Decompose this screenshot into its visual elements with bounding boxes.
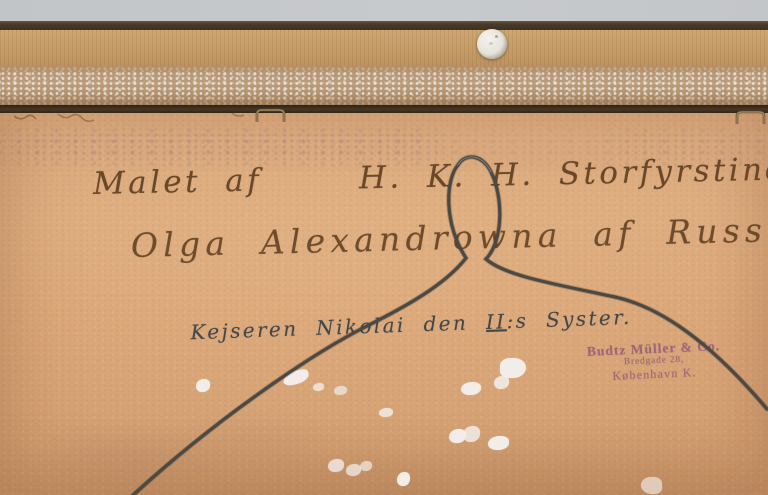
- paint-spot: [488, 436, 509, 450]
- paint-spot: [463, 426, 480, 442]
- disc-mark: [495, 35, 498, 38]
- paint-spot: [334, 386, 347, 395]
- photo-back-of-framed-painting: Malet af H. K. H. Storfyrstinde Olga Ale…: [0, 0, 768, 495]
- paint-spot: [379, 408, 393, 417]
- paint-spot: [641, 477, 662, 494]
- paint-spot: [282, 368, 310, 387]
- frame-gilt-speckled-strip: [0, 66, 768, 105]
- paint-spot: [397, 472, 410, 486]
- framer-stamp: Budtz Müller & Co. Bredgade 28, Københav…: [573, 338, 735, 385]
- paint-spot: [461, 382, 481, 395]
- inscription-line-3-text: Kejseren Nikolai den: [190, 310, 486, 344]
- paint-spot: [313, 383, 324, 391]
- disc-mark: [489, 42, 493, 45]
- inscription-line-2: Olga Alexandrowna af Russia: [131, 209, 768, 265]
- paint-spot: [360, 461, 372, 471]
- inscription-roman-numeral: II: [485, 309, 506, 334]
- frame-top-edge: [0, 21, 768, 30]
- inscription-line-3-suffix: :s Syster.: [506, 305, 632, 333]
- frame-wood-strip: [0, 30, 768, 66]
- stain-mottle: [30, 398, 370, 495]
- wall-background: [0, 0, 768, 22]
- backing-board: Malet af H. K. H. Storfyrstinde Olga Ale…: [0, 113, 768, 495]
- paint-spot: [494, 376, 509, 389]
- frame-shadow-line: [0, 105, 768, 113]
- inscription-line-3: Kejseren Nikolai den II:s Syster.: [83, 281, 633, 372]
- paint-spot: [500, 358, 526, 378]
- hanger-disc: [477, 29, 507, 59]
- paint-spot: [196, 379, 210, 392]
